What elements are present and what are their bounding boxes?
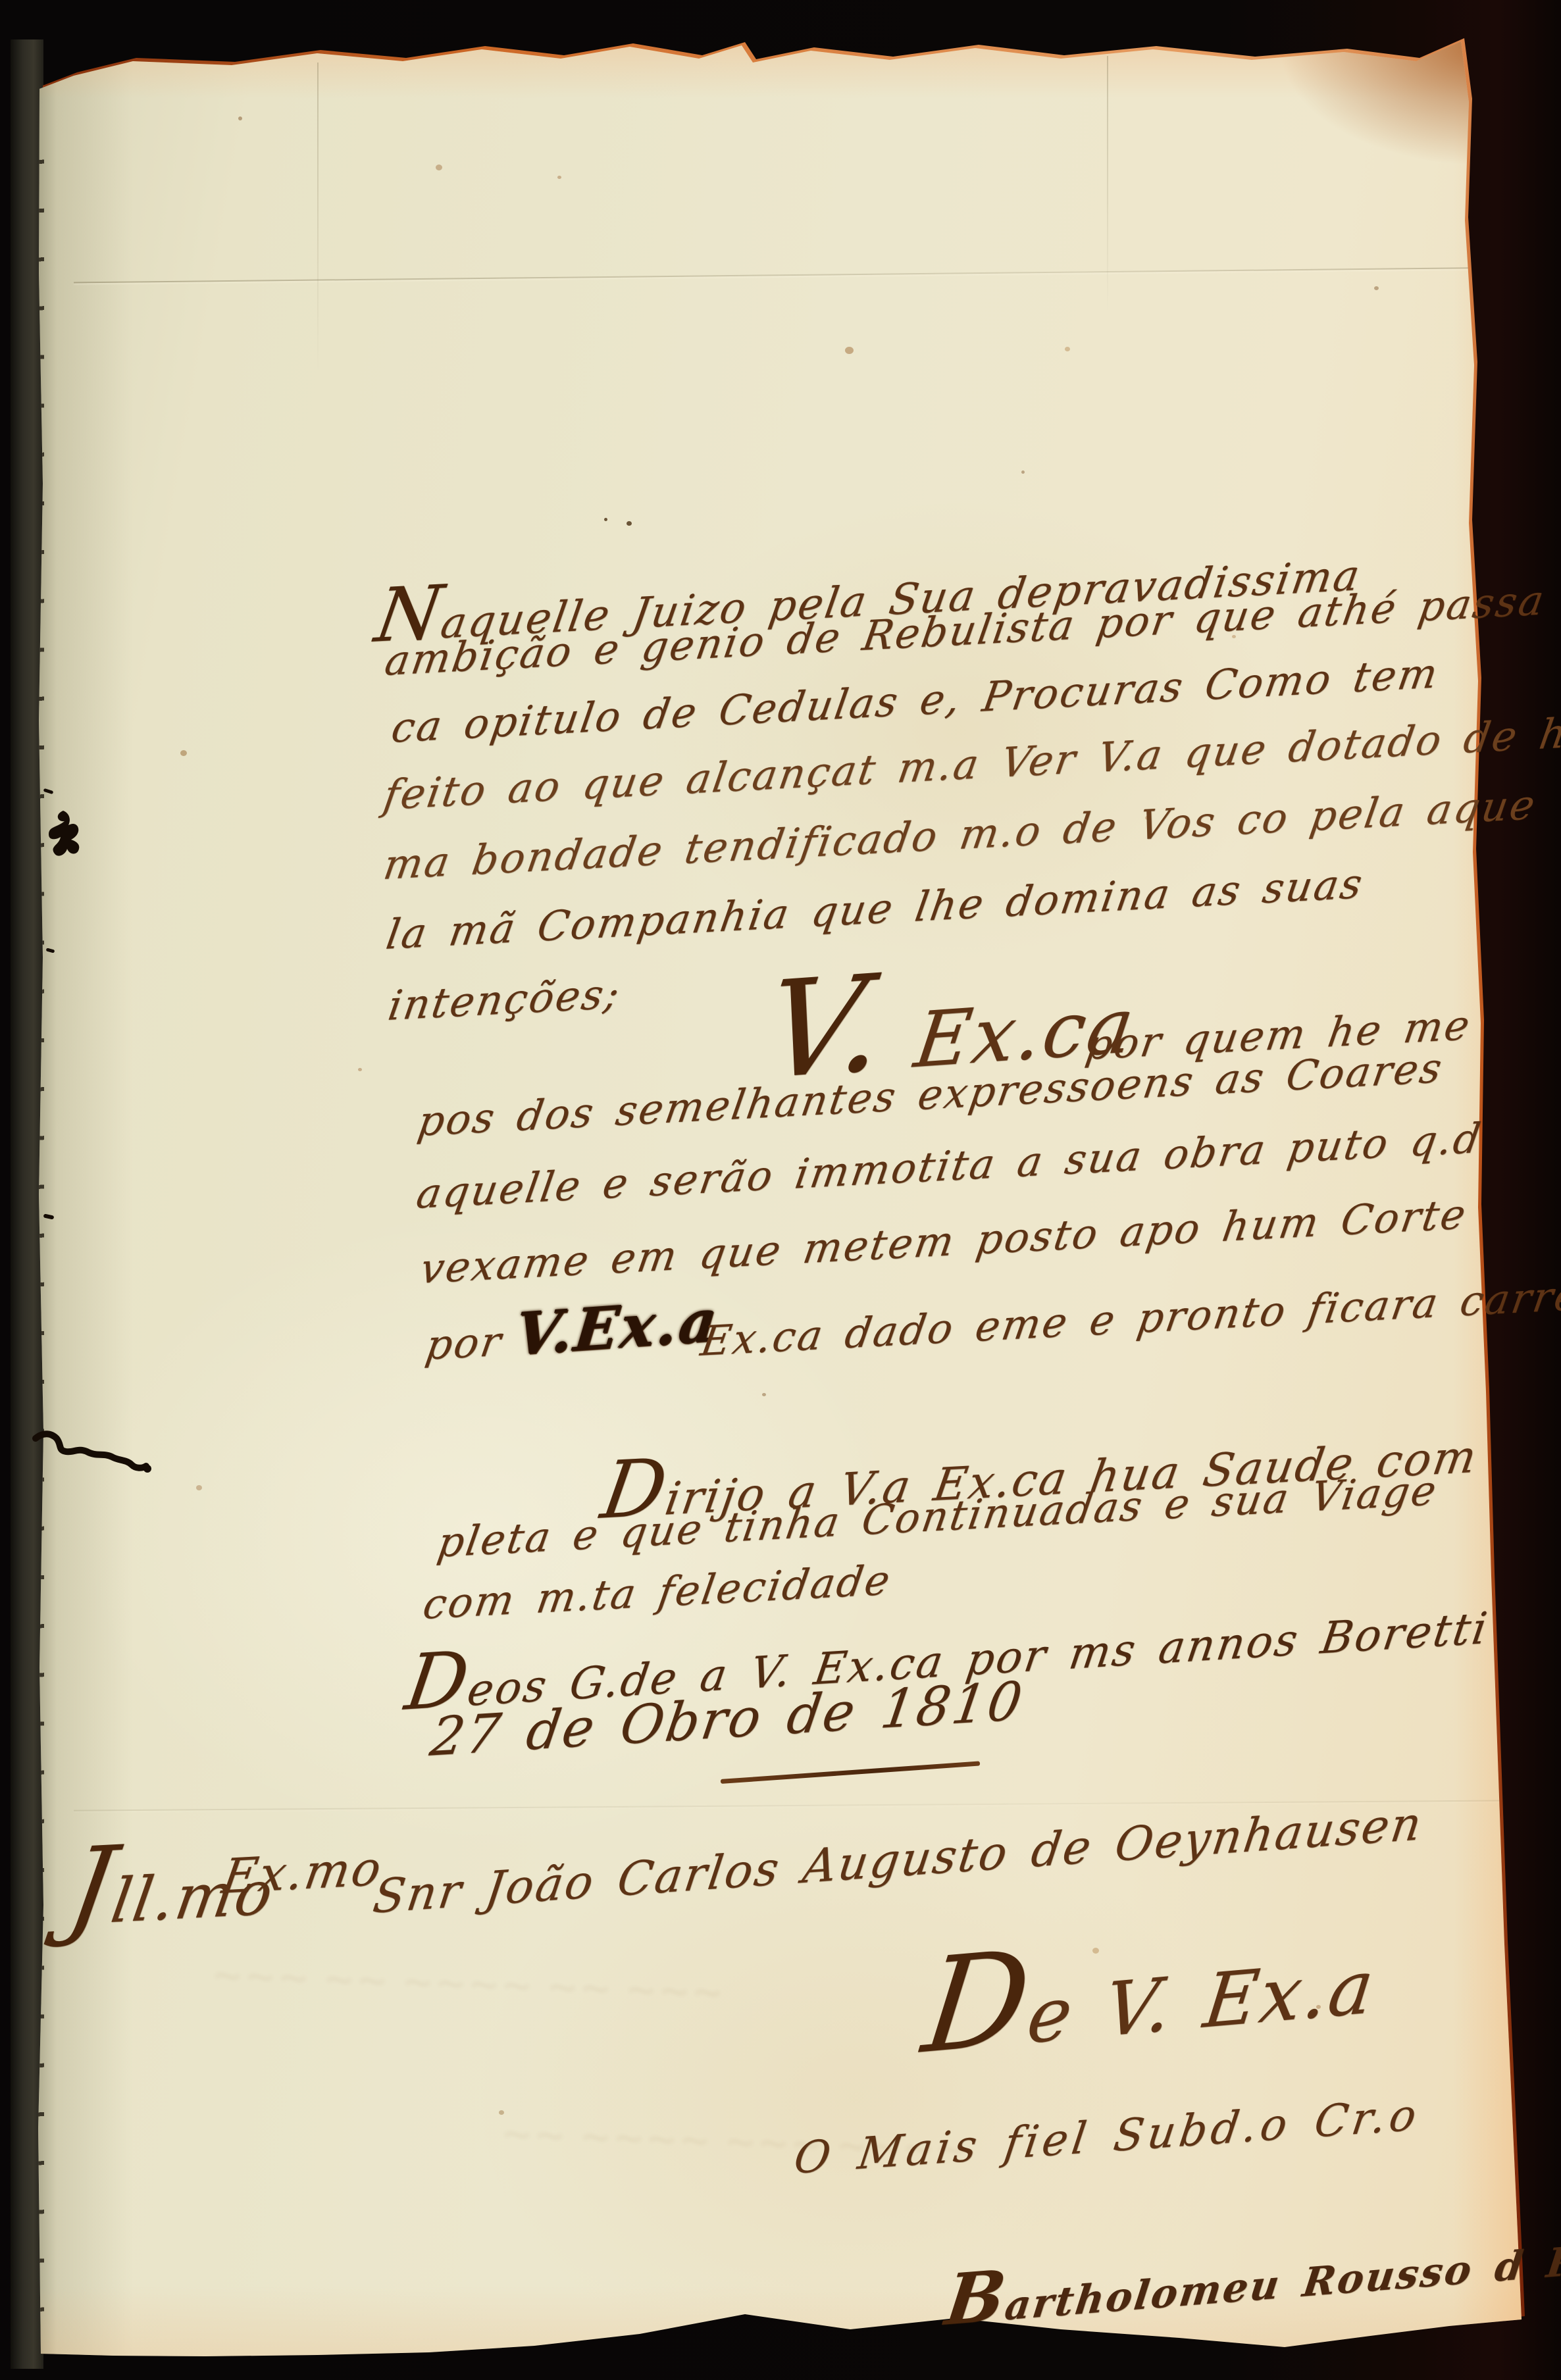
foxing-spot (436, 165, 442, 170)
foxing-spot (1065, 347, 1070, 351)
book-gutter-edge (11, 39, 43, 2369)
foxing-spot (762, 1393, 766, 1396)
ink-blot (32, 1420, 157, 1475)
foxing-spot (627, 521, 632, 526)
foxing-spot (845, 347, 854, 354)
foxing-spot (238, 116, 242, 120)
fold-crease (74, 267, 1515, 284)
ink-blot (34, 808, 87, 869)
manuscript-line: por (422, 1317, 506, 1369)
foxing-spot (1374, 286, 1379, 290)
foxing-spot (1021, 470, 1025, 474)
foxing-spot (180, 750, 187, 756)
fold-crease-vertical (317, 63, 319, 372)
foxing-spot (604, 518, 607, 521)
fold-crease-vertical (1107, 56, 1108, 313)
manuscript-ink-blot-word: V.Ex.a (512, 1285, 722, 1369)
foxing-spot (557, 176, 561, 179)
address-honorific: Ex.mo (218, 1840, 387, 1904)
document-photo: ~~~ ~~ ~~~~ ~~ ~~~ ~~ ~~~~ ~~~ ~~~~ Naqu… (0, 0, 1561, 2380)
foxing-spot (358, 1068, 362, 1071)
foxing-spot (196, 1485, 202, 1490)
